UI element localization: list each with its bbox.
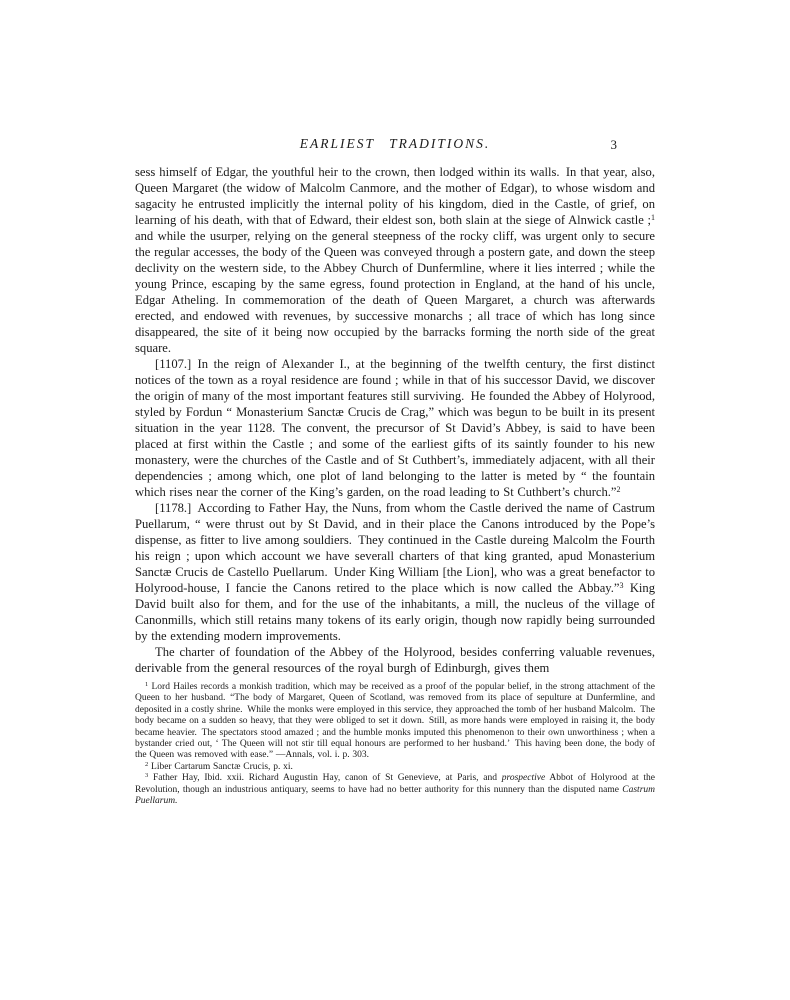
- footnote-3-text-a: Father Hay, Ibid. xxii. Richard Augustin…: [148, 773, 502, 783]
- page-number: 3: [611, 137, 618, 153]
- footnote-2-text: Liber Cartarum Sanctæ Crucis, p. xi.: [148, 762, 293, 772]
- paragraph-3-text-a: [1178.] According to Father Hay, the Nun…: [135, 501, 655, 595]
- book-page: EARLIEST TRADITIONS. 3 sess himself of E…: [0, 0, 790, 1000]
- footnote-2: 2 Liber Cartarum Sanctæ Crucis, p. xi.: [135, 762, 655, 773]
- paragraph-2: [1107.] In the reign of Alexander I., at…: [135, 356, 655, 500]
- footnote-3-italic-prospective: prospective: [502, 773, 545, 783]
- footnote-1: 1 Lord Hailes records a monkish traditio…: [135, 682, 655, 762]
- footnote-ref-1: 1: [651, 213, 655, 222]
- footnote-ref-2: 2: [617, 485, 621, 494]
- paragraph-1-text-a: sess himself of Edgar, the youthful heir…: [135, 165, 655, 227]
- footnotes-section: 1 Lord Hailes records a monkish traditio…: [135, 682, 655, 807]
- paragraph-4: The charter of foundation of the Abbey o…: [135, 644, 655, 676]
- running-title: EARLIEST TRADITIONS.: [135, 136, 655, 152]
- paragraph-2-text-a: [1107.] In the reign of Alexander I., at…: [135, 357, 655, 499]
- footnote-3: 3 Father Hay, Ibid. xxii. Richard August…: [135, 773, 655, 807]
- paragraph-3: [1178.] According to Father Hay, the Nun…: [135, 500, 655, 644]
- paragraph-4-text: The charter of foundation of the Abbey o…: [135, 645, 655, 675]
- paragraph-1-text-b: and while the usurper, relying on the ge…: [135, 229, 655, 355]
- page-header: EARLIEST TRADITIONS. 3: [135, 136, 655, 154]
- paragraph-1: sess himself of Edgar, the youthful heir…: [135, 164, 655, 356]
- footnote-1-text: Lord Hailes records a monkish tradition,…: [135, 682, 655, 760]
- body-text: sess himself of Edgar, the youthful heir…: [135, 164, 655, 807]
